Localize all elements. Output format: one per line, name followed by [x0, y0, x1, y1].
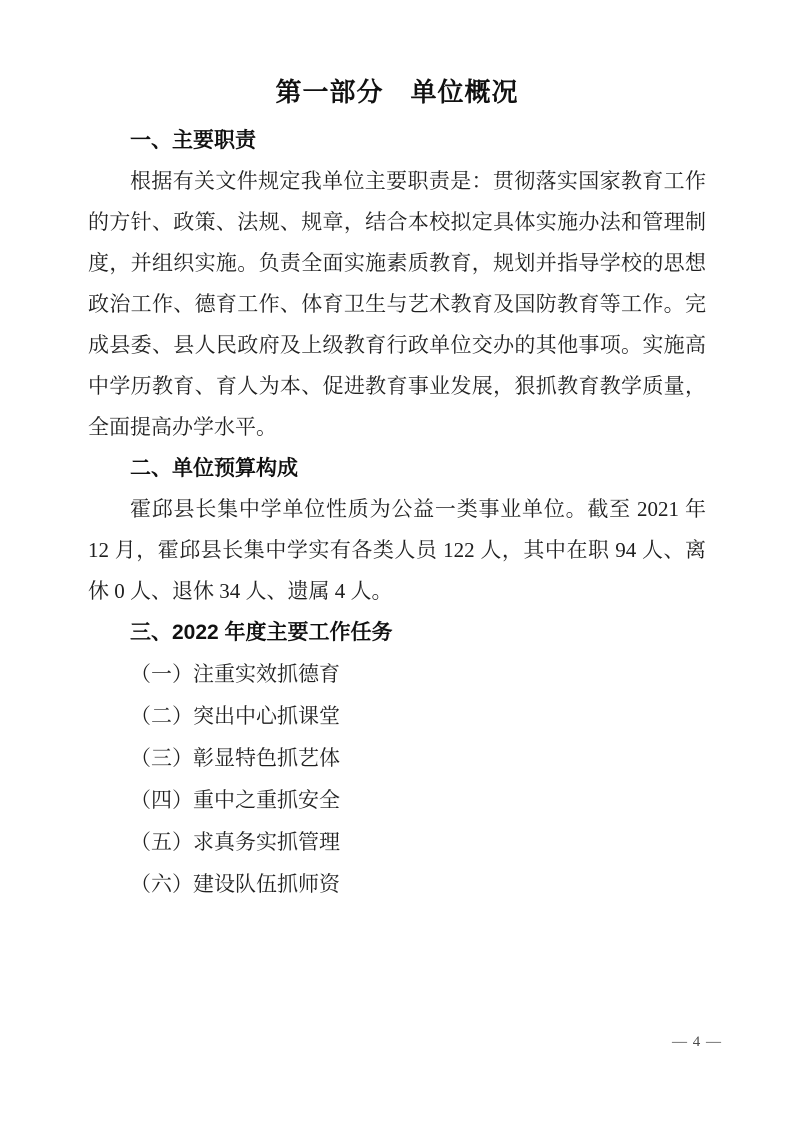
page-number: — 4 — — [652, 1034, 742, 1051]
paragraph-main-duties: 根据有关文件规定我单位主要职责是：贯彻落实国家教育工作的方针、政策、法规、规章，… — [88, 161, 706, 448]
paragraph-budget-composition: 霍邱县长集中学单位性质为公益一类事业单位。截至 2021 年 12 月，霍邱县长… — [88, 489, 706, 612]
document-title: 第一部分 单位概况 — [88, 76, 706, 108]
page-content: 第一部分 单位概况 一、主要职责 根据有关文件规定我单位主要职责是：贯彻落实国家… — [0, 0, 793, 905]
list-item-task-3: （三）彰显特色抓艺体 — [88, 737, 706, 779]
list-item-task-5: （五）求真务实抓管理 — [88, 821, 706, 863]
list-item-task-1: （一）注重实效抓德育 — [88, 653, 706, 695]
list-item-task-4: （四）重中之重抓安全 — [88, 779, 706, 821]
section-heading-work-tasks: 三、2022 年度主要工作任务 — [88, 612, 706, 653]
section-heading-main-duties: 一、主要职责 — [88, 120, 706, 161]
list-item-task-6: （六）建设队伍抓师资 — [88, 863, 706, 905]
work-task-list: （一）注重实效抓德育 （二）突出中心抓课堂 （三）彰显特色抓艺体 （四）重中之重… — [88, 653, 706, 905]
document-page: 第一部分 单位概况 一、主要职责 根据有关文件规定我单位主要职责是：贯彻落实国家… — [0, 0, 793, 1122]
list-item-task-2: （二）突出中心抓课堂 — [88, 695, 706, 737]
section-heading-budget-composition: 二、单位预算构成 — [88, 448, 706, 489]
